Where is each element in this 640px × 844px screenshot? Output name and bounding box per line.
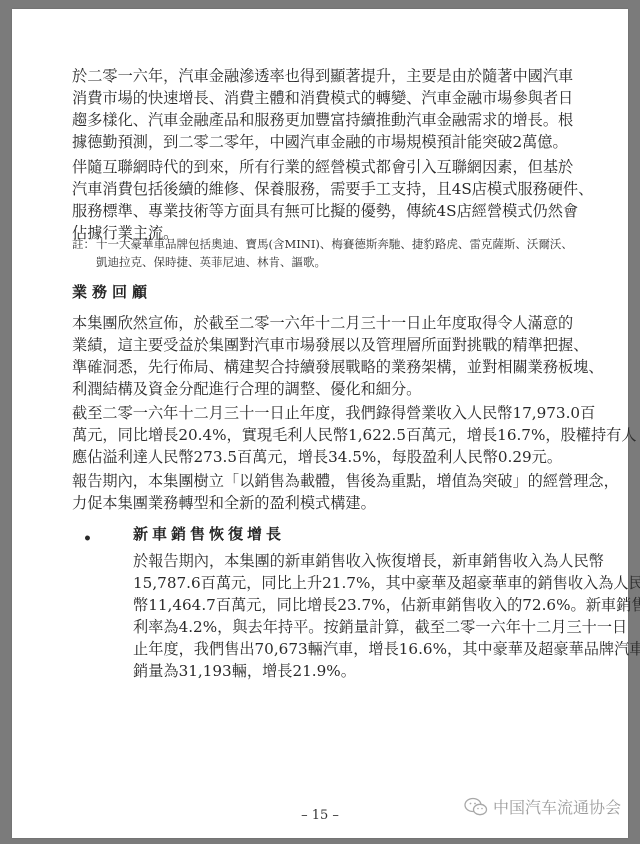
paragraph-2-line: 汽車消費包括後續的維修、保養服務，需要手工支持，且4S店模式服務硬件、 (72, 179, 568, 199)
paragraph-1-line: 據德勤預測，到二零二零年，中國汽車金融的市場規模預計能突破2萬億。 (72, 132, 568, 152)
document-page: 於二零一六年，汽車金融滲透率也得到顯著提升，主要是由於隨著中國汽車 消費市場的快… (12, 9, 628, 838)
paragraph-2-line: 服務標準、專業技術等方面具有無可比擬的優勢，傳統4S店經營模式仍然會 (72, 201, 568, 221)
paragraph-6-line: 於報告期內，本集團的新車銷售收入恢復增長，新車銷售收入為人民幣 (133, 551, 568, 571)
paragraph-3-line: 利潤結構及資金分配進行合理的調整、優化和細分。 (72, 379, 568, 399)
bullet-heading: 新車銷售恢復增長 (133, 523, 285, 544)
paragraph-3-line: 本集團欣然宣佈，於截至二零一六年十二月三十一日止年度取得令人滿意的 (72, 313, 568, 333)
paragraph-3-line: 準確洞悉，先行佈局、構建契合持續發展戰略的業務架構，並對相關業務板塊、 (72, 357, 568, 377)
watermark-text: 中国汽车流通协会 (493, 795, 621, 818)
section-heading: 業務回顧 (72, 281, 152, 302)
paragraph-6-line: 利率為4.2%，與去年持平。按銷量計算，截至二零一六年十二月三十一日 (133, 617, 568, 637)
watermark: 中国汽车流通协会 (463, 795, 621, 818)
paragraph-1-line: 消費市場的快速增長、消費主體和消費模式的轉變、汽車金融市場參與者日 (72, 88, 568, 108)
paragraph-5-line: 力促本集團業務轉型和全新的盈利模式構建。 (72, 493, 568, 513)
note-line: 十一大豪華車品牌包括奧迪、寶馬(含MINI)、梅賽德斯奔馳、捷豹路虎、雷克薩斯、… (96, 236, 556, 252)
note-line: 凱迪拉克、保時捷、英菲尼迪、林肯、謳歌。 (96, 254, 326, 270)
paragraph-4-line: 萬元，同比增長20.4%，實現毛利人民幣1,622.5百萬元，增長16.7%，股… (72, 425, 568, 445)
page-number: – 15 – (300, 808, 340, 823)
paragraph-1-line: 於二零一六年，汽車金融滲透率也得到顯著提升，主要是由於隨著中國汽車 (72, 66, 568, 86)
paragraph-5-line: 報告期內，本集團樹立「以銷售為載體，售後為重點，增值為突破」的經營理念， (72, 471, 568, 491)
paragraph-6-line: 銷量為31,193輛，增長21.9%。 (133, 661, 568, 681)
paragraph-2-line: 伴隨互聯網時代的到來，所有行業的經營模式都會引入互聯網因素，但基於 (72, 157, 568, 177)
paragraph-1-line: 趨多樣化、汽車金融產品和服務更加豐富持續推動汽車金融需求的增長。根 (72, 110, 568, 130)
note-label: 註： (72, 236, 95, 252)
paragraph-6-line: 15,787.6百萬元，同比上升21.7%，其中豪華及超豪華車的銷售收入為人民 (133, 573, 568, 593)
wechat-icon (463, 797, 489, 817)
bullet-icon: • (83, 531, 92, 547)
paragraph-3-line: 業績，這主要受益於集團對汽車市場發展以及管理層所面對挑戰的精準把握、 (72, 335, 568, 355)
paragraph-6-line: 幣11,464.7百萬元，同比增長23.7%，佔新車銷售收入的72.6%。新車銷… (133, 595, 568, 615)
paragraph-4-line: 應佔溢利達人民幣273.5百萬元，增長34.5%，每股盈利人民幣0.29元。 (72, 447, 568, 467)
paragraph-4-line: 截至二零一六年十二月三十一日止年度，我們錄得營業收入人民幣17,973.0百 (72, 403, 568, 423)
paragraph-6-line: 止年度，我們售出70,673輛汽車，增長16.6%，其中豪華及超豪華品牌汽車 (133, 639, 568, 659)
